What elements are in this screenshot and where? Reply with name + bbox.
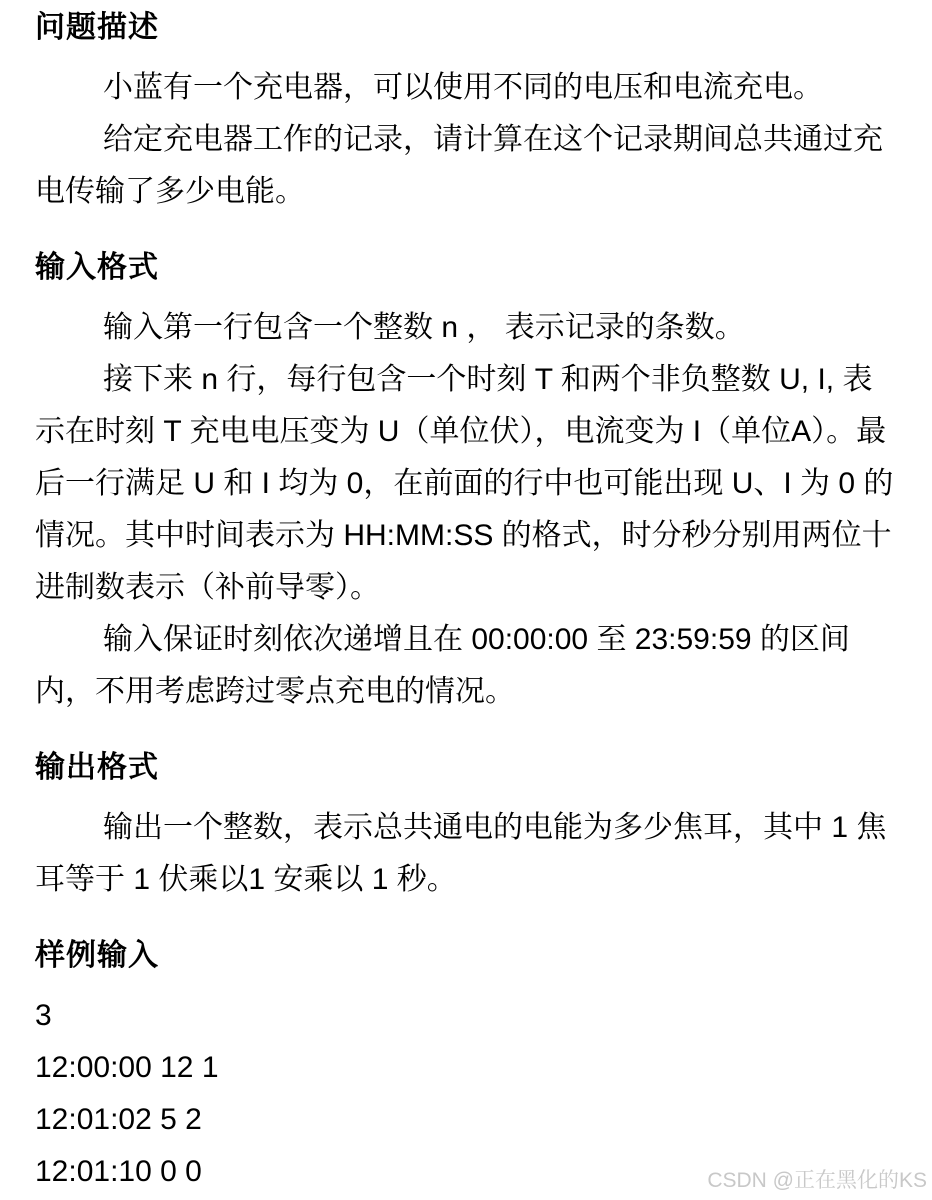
csdn-watermark: CSDN @正在黑化的KS	[707, 1169, 927, 1193]
heading-input-format: 输入格式	[35, 246, 895, 290]
heading-sample-input: 样例输入	[35, 934, 895, 978]
paragraph: 接下来 n 行，每行包含一个时刻 T 和两个非负整数 U, I, 表示在时刻 T…	[35, 354, 895, 614]
paragraph: 输出一个整数，表示总共通电的电能为多少焦耳，其中 1 焦耳等于 1 伏乘以1 安…	[35, 802, 895, 906]
section-problem-description: 问题描述 小蓝有一个充电器，可以使用不同的电压和电流充电。 给定充电器工作的记录…	[35, 6, 895, 218]
heading-output-format: 输出格式	[35, 746, 895, 790]
section-input-format: 输入格式 输入第一行包含一个整数 n ， 表示记录的条数。 接下来 n 行，每行…	[35, 246, 895, 718]
paragraph: 小蓝有一个充电器，可以使用不同的电压和电流充电。	[35, 62, 895, 114]
section-output-format: 输出格式 输出一个整数，表示总共通电的电能为多少焦耳，其中 1 焦耳等于 1 伏…	[35, 746, 895, 906]
paragraph: 输入保证时刻依次递增且在 00:00:00 至 23:59:59 的区间内，不用…	[35, 614, 895, 718]
sample-input-line: 3	[35, 990, 895, 1042]
sample-input-line: 12:01:02 5 2	[35, 1094, 895, 1146]
paragraph: 输入第一行包含一个整数 n ， 表示记录的条数。	[35, 302, 895, 354]
heading-problem-description: 问题描述	[35, 6, 895, 50]
sample-input-line: 12:00:00 12 1	[35, 1042, 895, 1094]
section-sample-input: 样例输入 3 12:00:00 12 1 12:01:02 5 2 12:01:…	[35, 934, 895, 1198]
problem-statement-article: 问题描述 小蓝有一个充电器，可以使用不同的电压和电流充电。 给定充电器工作的记录…	[0, 0, 932, 1198]
paragraph: 给定充电器工作的记录，请计算在这个记录期间总共通过充电传输了多少电能。	[35, 114, 895, 218]
